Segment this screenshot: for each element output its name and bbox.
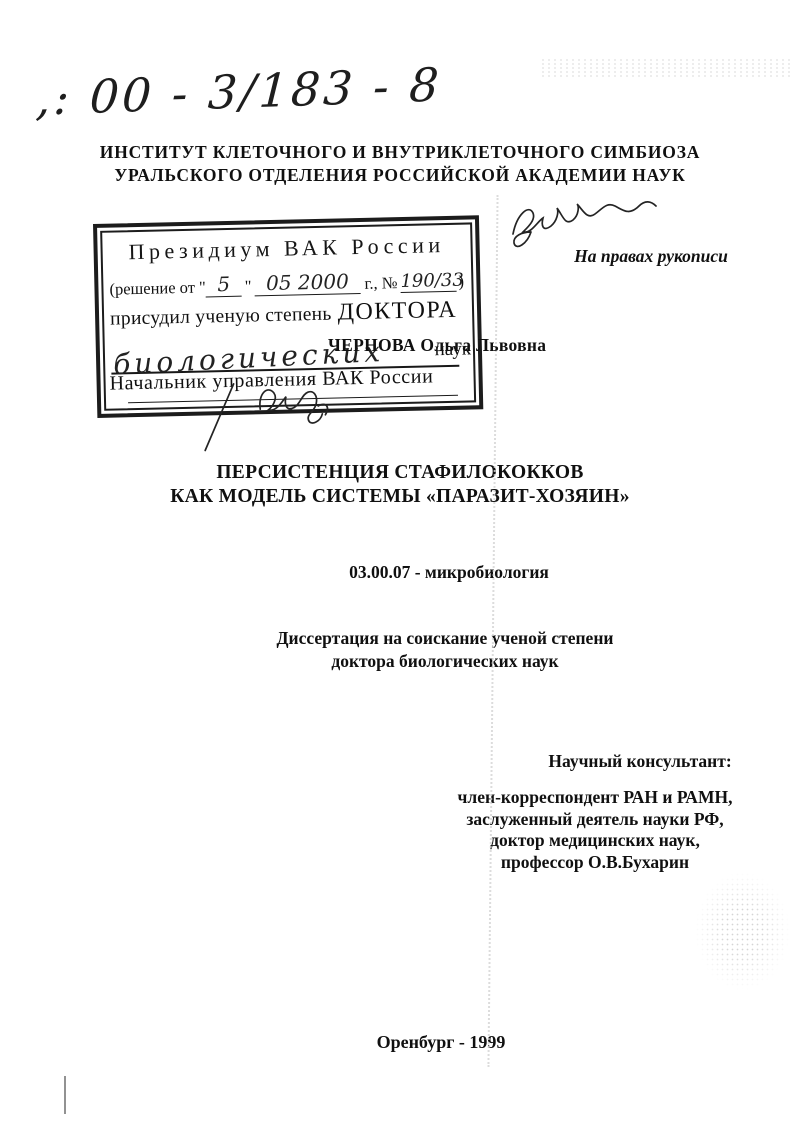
- decision-day-handwritten: 5: [205, 272, 242, 298]
- decision-number-handwritten: 190/33: [400, 270, 456, 293]
- consultant-line-3: доктор медицинских наук,: [415, 830, 775, 852]
- consultant-label: Научный консультант:: [520, 751, 760, 772]
- title-line-2: КАК МОДЕЛЬ СИСТЕМЫ «ПАРАЗИТ-ХОЗЯИН»: [96, 485, 704, 509]
- dissertation-title: ПЕРСИСТЕНЦИЯ СТАФИЛОКОККОВ КАК МОДЕЛЬ СИ…: [96, 461, 704, 509]
- institute-header: ИНСТИТУТ КЛЕТОЧНОГО И ВНУТРИКЛЕТОЧНОГО С…: [56, 141, 744, 187]
- decision-close: ): [458, 272, 464, 292]
- scan-noise-patch: [695, 872, 790, 990]
- decision-suffix: г., №: [364, 273, 397, 294]
- title-line-1: ПЕРСИСТЕНЦИЯ СТАФИЛОКОККОВ: [96, 461, 704, 485]
- manuscript-rights-note: На правах рукописи: [545, 246, 757, 267]
- specialty-code: 03.00.07 - микробиология: [249, 562, 649, 583]
- scan-noise-band: [540, 58, 793, 78]
- stamp-decision-line: (решение от " 5 " 05 2000 г., № 190/33 ): [109, 266, 469, 299]
- awarded-text: присудил ученую степень: [110, 304, 332, 330]
- decision-quote: ": [245, 276, 252, 296]
- institute-line-1: ИНСТИТУТ КЛЕТОЧНОГО И ВНУТРИКЛЕТОЧНОГО С…: [56, 141, 744, 164]
- decision-prefix: (решение от ": [109, 277, 206, 299]
- degree-text: ДОКТОРА: [337, 297, 457, 326]
- author-name: ЧЕРНОВА Ольга Львовна: [328, 335, 598, 356]
- dissertation-line-2: доктора биологических наук: [245, 650, 645, 673]
- consultant-line-2: заслуженный деятель науки РФ,: [415, 809, 775, 831]
- decision-date-handwritten: 05 2000: [254, 269, 361, 296]
- consultant-line-1: член-корреспондент РАН и РАМН,: [415, 787, 775, 809]
- stamp-signature-handwriting: [186, 375, 348, 464]
- dissertation-type: Диссертация на соискание ученой степени …: [245, 627, 645, 673]
- city-year: Оренбург - 1999: [341, 1032, 541, 1053]
- handwritten-call-number: ,: 00 - 3/183 - 8: [35, 56, 478, 125]
- stamp-header: Президиум ВАК России: [102, 231, 470, 265]
- stamp-inner-border: Президиум ВАК России (решение от " 5 " 0…: [100, 222, 476, 410]
- scan-edge-mark: [64, 1076, 66, 1114]
- institute-line-2: УРАЛЬСКОГО ОТДЕЛЕНИЯ РОССИЙСКОЙ АКАДЕМИИ…: [56, 164, 744, 187]
- consultant-line-4: профессор О.В.Бухарин: [415, 852, 775, 874]
- vak-approval-stamp: Президиум ВАК России (решение от " 5 " 0…: [93, 215, 483, 418]
- stamp-award-line: присудил ученую степеньДОКТОРА: [110, 297, 458, 332]
- consultant-details: член-корреспондент РАН и РАМН, заслуженн…: [415, 787, 775, 873]
- dissertation-line-1: Диссертация на соискание ученой степени: [245, 627, 645, 650]
